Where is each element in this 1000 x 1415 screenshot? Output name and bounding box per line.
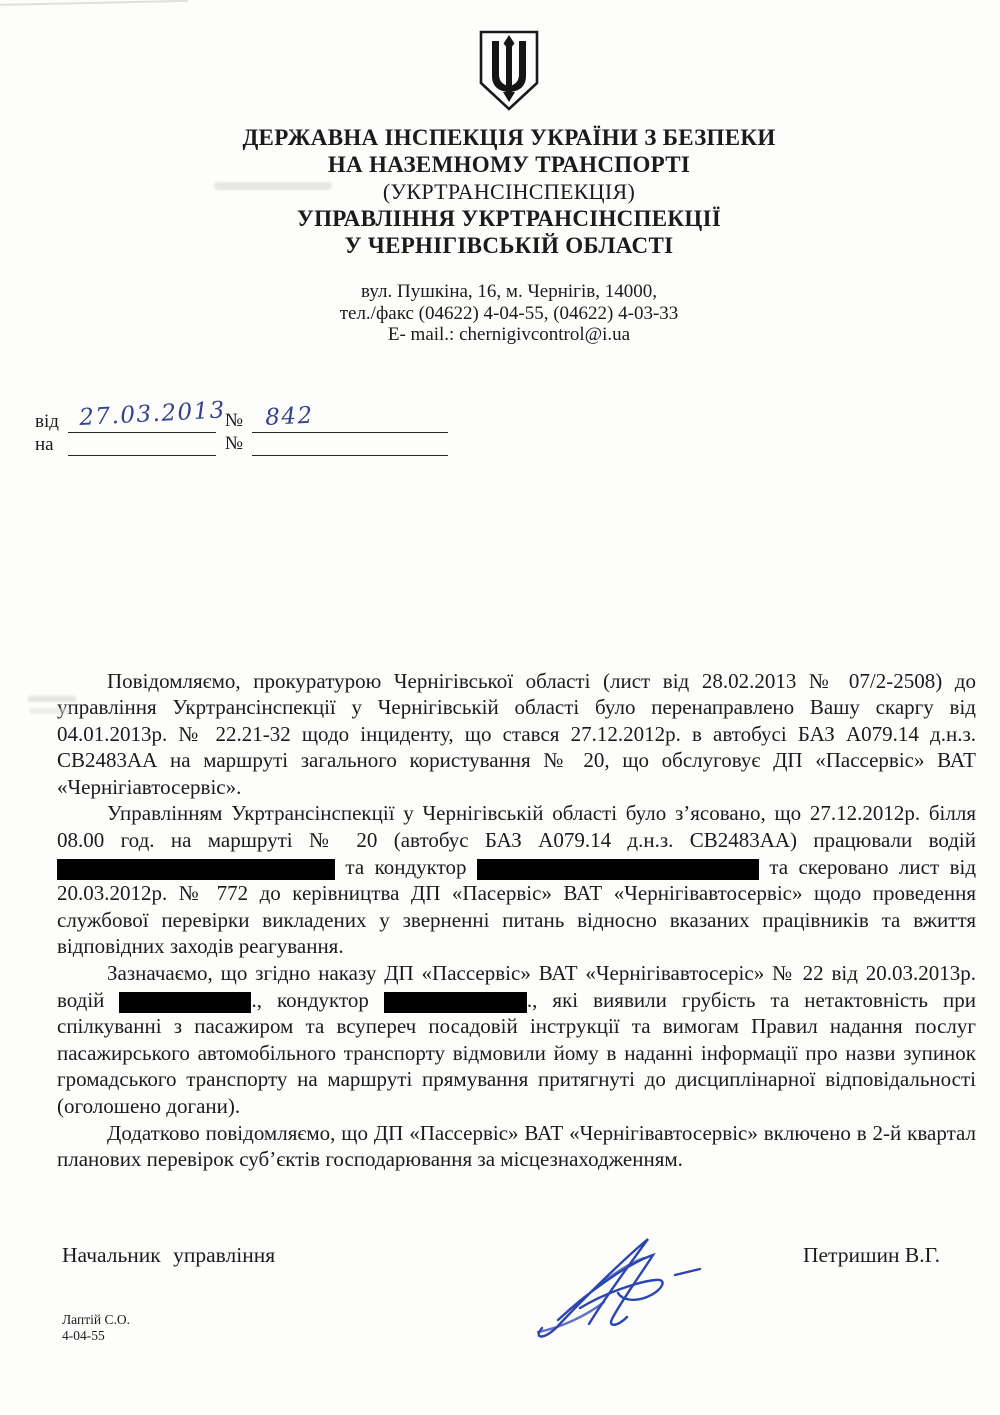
number-label-2: №	[216, 433, 252, 456]
signer-name: Петришин В.Г.	[803, 1243, 940, 1268]
on-label: на	[35, 434, 68, 456]
org-department-line-1: УПРАВЛІННЯ УКРТРАНСІНСПЕКЦІЇ	[9, 205, 1000, 232]
body-paragraph: Повідомляємо, прокуратурою Чернігівської…	[57, 668, 976, 801]
executor-footer: Лаптій С.О. 4-04-55	[0, 1312, 1000, 1345]
from-date-line: 27.03.2013	[68, 432, 216, 433]
org-short-name: (УКРТРАНСІНСПЕКЦІЯ)	[9, 178, 1000, 205]
org-name-line-2: НА НАЗЕМНОМУ ТРАНСПОРТІ	[9, 151, 1000, 178]
redaction-bar	[384, 992, 527, 1013]
outgoing-number-line: 842	[252, 432, 448, 433]
redaction-bar	[477, 859, 759, 880]
reference-block: від 27.03.2013 № 842 на №	[0, 410, 515, 456]
incoming-date-line	[68, 455, 216, 456]
address-block: вул. Пушкіна, 16, м. Чернігів, 14000, те…	[9, 281, 1000, 346]
org-name-line-1: ДЕРЖАВНА ІНСПЕКЦІЯ УКРАЇНИ З БЕЗПЕКИ	[9, 124, 1000, 151]
emblem-wrap	[9, 30, 1000, 112]
handwritten-signature	[528, 1230, 706, 1344]
body-paragraph: Додатково повідомляємо, що ДП «Пассервіс…	[57, 1120, 976, 1173]
org-department-line-2: У ЧЕРНІГІВСЬКІЙ ОБЛАСТІ	[9, 232, 1000, 259]
address-email: E- mail.: chernigivcontrol@i.ua	[9, 324, 1000, 346]
scanned-letter-page: ДЕРЖАВНА ІНСПЕКЦІЯ УКРАЇНИ З БЕЗПЕКИ НА …	[0, 0, 1000, 1415]
reference-row-from: від 27.03.2013 № 842	[35, 410, 515, 433]
address-phone: тел./факс (04622) 4-04-55, (04622) 4-03-…	[9, 303, 1000, 325]
reference-row-on: на №	[35, 433, 515, 456]
incoming-number-line	[252, 455, 448, 456]
body-paragraph: Зазначаємо, що згідно наказу ДП «Пассерв…	[57, 960, 976, 1120]
signoff-row: Начальник управління Петришин В.Г.	[0, 1243, 1000, 1268]
signer-position-title: Начальник управління	[62, 1243, 275, 1268]
from-label: від	[35, 411, 68, 433]
body-paragraph: Управлінням Укртрансінспекції у Чернігів…	[57, 800, 976, 960]
letter-body: Повідомляємо, прокуратурою Чернігівської…	[0, 668, 1000, 1173]
redaction-bar	[57, 859, 335, 880]
letterhead: ДЕРЖАВНА ІНСПЕКЦІЯ УКРАЇНИ З БЕЗПЕКИ НА …	[9, 0, 1000, 346]
address-street: вул. Пушкіна, 16, м. Чернігів, 14000,	[9, 281, 1000, 303]
handwritten-date: 27.03.2013	[79, 397, 227, 431]
redaction-bar	[119, 992, 251, 1013]
handwritten-number: 842	[265, 402, 315, 430]
ukraine-trident-emblem-icon	[478, 30, 540, 112]
